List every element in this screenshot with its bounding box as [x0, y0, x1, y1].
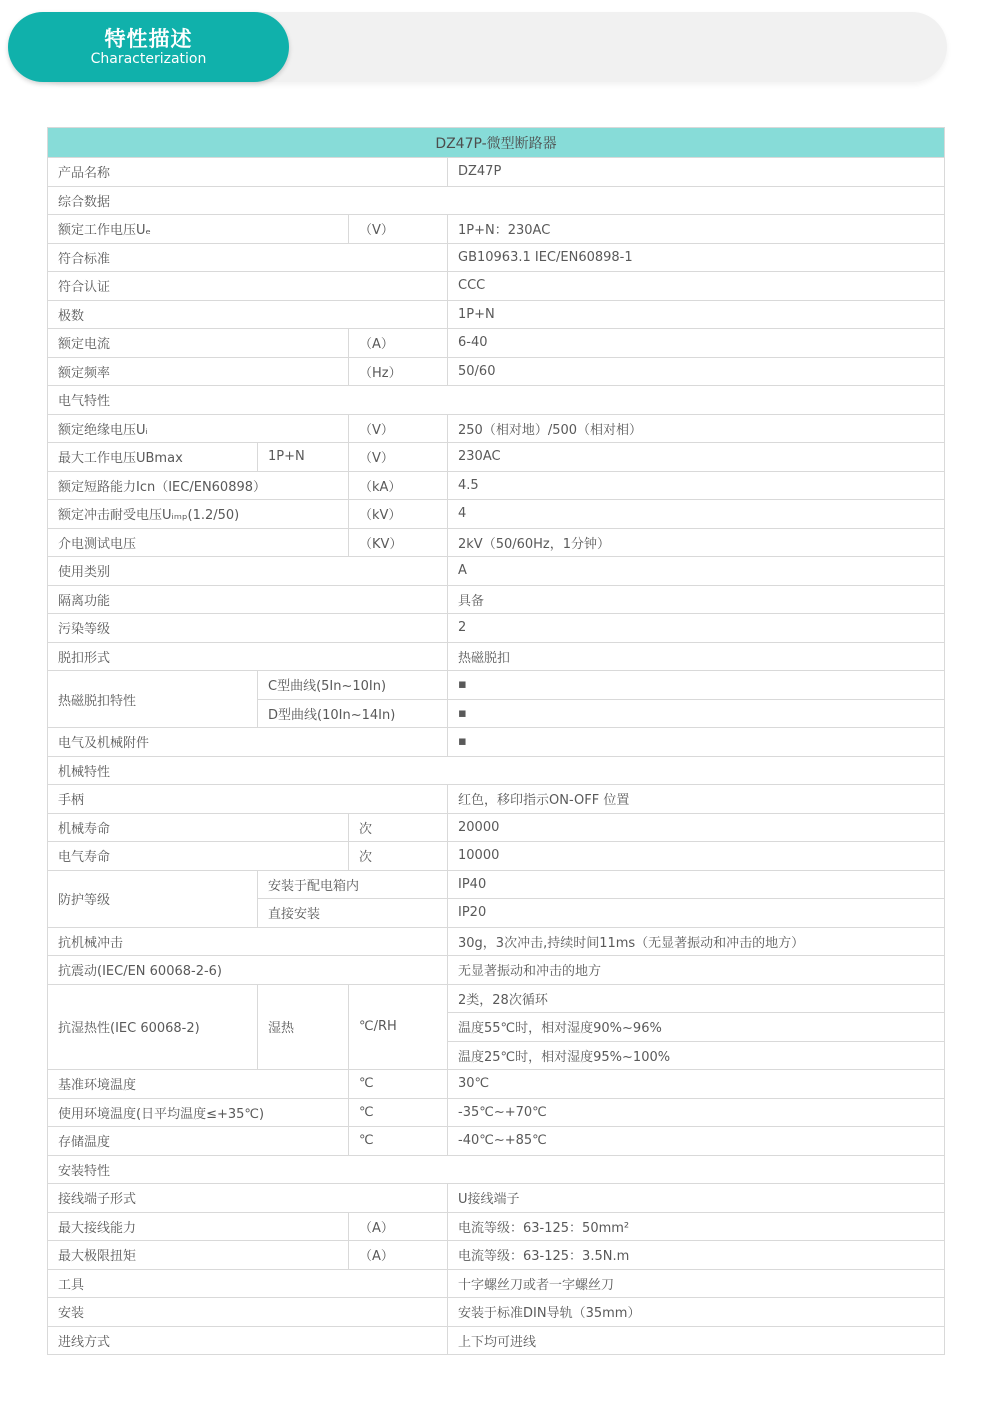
table-row: 防护等级安装于配电箱内IP40 [48, 870, 945, 899]
spec-value-cell: -35℃~+70℃ [448, 1098, 945, 1127]
spec-value-cell: 无显著振动和冲击的地方 [448, 956, 945, 985]
spec-value-cell: （A） [349, 1212, 448, 1241]
spec-value-cell: （Hz） [349, 357, 448, 386]
spec-table-body: 产品名称DZ47P综合数据额定工作电压Uₑ（V）1P+N：230AC符合标准GB… [48, 158, 945, 1355]
spec-label-cell: 防护等级 [48, 870, 258, 927]
spec-value-cell: （A） [349, 1241, 448, 1270]
spec-value-cell: ℃ [349, 1098, 448, 1127]
table-row: 额定冲击耐受电压Uᵢₘₚ(1.2/50)（kV）4 [48, 500, 945, 529]
spec-value-cell: （V） [349, 414, 448, 443]
table-row: 安装特性 [48, 1155, 945, 1184]
table-row: 电气特性 [48, 386, 945, 415]
table-title: DZ47P-微型断路器 [48, 128, 945, 158]
spec-value-cell: ℃/RH [349, 984, 448, 1070]
table-row: 使用环境温度(日平均温度≤+35℃)℃-35℃~+70℃ [48, 1098, 945, 1127]
spec-label-cell: 电气及机械附件 [48, 728, 448, 757]
table-row: 电气及机械附件▪ [48, 728, 945, 757]
table-row: 极数1P+N [48, 300, 945, 329]
spec-label-cell: 额定工作电压Uₑ [48, 215, 349, 244]
spec-value-cell: （V） [349, 443, 448, 472]
spec-value-cell: IP20 [448, 899, 945, 928]
table-row: 污染等级2 [48, 614, 945, 643]
spec-label-cell: 最大接线能力 [48, 1212, 349, 1241]
table-row: 综合数据 [48, 186, 945, 215]
table-row: 存储温度℃-40℃~+85℃ [48, 1127, 945, 1156]
spec-label-cell: 基准环境温度 [48, 1070, 349, 1099]
spec-value-cell: 6-40 [448, 329, 945, 358]
table-row: 额定电流（A）6-40 [48, 329, 945, 358]
spec-label-cell: 额定绝缘电压Uᵢ [48, 414, 349, 443]
spec-label-cell: 直接安装 [258, 899, 448, 928]
table-row: 热磁脱扣特性C型曲线(5In~10In)▪ [48, 671, 945, 700]
badge-title-zh: 特性描述 [105, 27, 193, 51]
spec-value-cell: ▪ [448, 671, 945, 700]
spec-value-cell: 具备 [448, 585, 945, 614]
spec-label-cell: 介电测试电压 [48, 528, 349, 557]
table-row: 进线方式上下均可进线 [48, 1326, 945, 1355]
spec-label-cell: 极数 [48, 300, 448, 329]
spec-value-cell: 250（相对地）/500（相对相） [448, 414, 945, 443]
spec-label-cell: 产品名称 [48, 158, 448, 187]
spec-value-cell: （A） [349, 329, 448, 358]
table-row: 隔离功能具备 [48, 585, 945, 614]
spec-label-cell: 进线方式 [48, 1326, 448, 1355]
section-header-cell: 安装特性 [48, 1155, 945, 1184]
table-row: 额定频率（Hz）50/60 [48, 357, 945, 386]
table-row: 符合标准GB10963.1 IEC/EN60898-1 [48, 243, 945, 272]
spec-value-cell: 安装于标准DIN导轨（35mm） [448, 1298, 945, 1327]
spec-value-cell: （kA） [349, 471, 448, 500]
spec-value-cell: 30g，3次冲击,持续时间11ms（无显著振动和冲击的地方） [448, 927, 945, 956]
spec-value-cell: 湿热 [258, 984, 349, 1070]
table-row: 最大工作电压UBmax1P+N（V）230AC [48, 443, 945, 472]
spec-value-cell: 红色，移印指示ON-OFF 位置 [448, 785, 945, 814]
table-row: 基准环境温度℃30℃ [48, 1070, 945, 1099]
table-row: 符合认证CCC [48, 272, 945, 301]
spec-label-cell: 额定短路能力Icn（IEC/EN60898） [48, 471, 349, 500]
spec-value-cell: 1P+N [448, 300, 945, 329]
spec-value-cell: 30℃ [448, 1070, 945, 1099]
spec-value-cell: 上下均可进线 [448, 1326, 945, 1355]
table-row: 额定绝缘电压Uᵢ（V）250（相对地）/500（相对相） [48, 414, 945, 443]
characterization-badge: 特性描述 Characterization [8, 12, 289, 82]
table-row: 工具十字螺丝刀或者一字螺丝刀 [48, 1269, 945, 1298]
spec-label-cell: 使用环境温度(日平均温度≤+35℃) [48, 1098, 349, 1127]
section-header-cell: 综合数据 [48, 186, 945, 215]
spec-label-cell: 抗震动(IEC/EN 60068-2-6) [48, 956, 448, 985]
spec-value-cell: 十字螺丝刀或者一字螺丝刀 [448, 1269, 945, 1298]
spec-value-cell: 2 [448, 614, 945, 643]
spec-value-cell: 次 [349, 813, 448, 842]
spec-value-cell: 1P+N [258, 443, 349, 472]
spec-label-cell: 存储温度 [48, 1127, 349, 1156]
section-header-cell: 机械特性 [48, 756, 945, 785]
table-row: 最大接线能力（A）电流等级：63-125：50mm² [48, 1212, 945, 1241]
table-row: 手柄红色，移印指示ON-OFF 位置 [48, 785, 945, 814]
spec-value-cell: （kV） [349, 500, 448, 529]
spec-label-cell: 接线端子形式 [48, 1184, 448, 1213]
section-header-cell: 电气特性 [48, 386, 945, 415]
spec-value-cell: -40℃~+85℃ [448, 1127, 945, 1156]
spec-value-cell: IP40 [448, 870, 945, 899]
table-row: 产品名称DZ47P [48, 158, 945, 187]
spec-label-cell: 额定频率 [48, 357, 349, 386]
spec-value-cell: 2kV（50/60Hz，1分钟） [448, 528, 945, 557]
table-title-row: DZ47P-微型断路器 [48, 128, 945, 158]
spec-label-cell: 抗机械冲击 [48, 927, 448, 956]
spec-value-cell: 2类，28次循环 [448, 984, 945, 1013]
spec-value-cell: 4.5 [448, 471, 945, 500]
spec-label-cell: 最大工作电压UBmax [48, 443, 258, 472]
spec-label-cell: 电气寿命 [48, 842, 349, 871]
table-row: 抗震动(IEC/EN 60068-2-6)无显著振动和冲击的地方 [48, 956, 945, 985]
spec-label-cell: 污染等级 [48, 614, 448, 643]
spec-label-cell: 脱扣形式 [48, 642, 448, 671]
table-row: 额定工作电压Uₑ（V）1P+N：230AC [48, 215, 945, 244]
spec-label-cell: 温度25℃时，相对湿度95%~100% [448, 1041, 945, 1070]
table-row: 介电测试电压（KV）2kV（50/60Hz，1分钟） [48, 528, 945, 557]
spec-value-cell: GB10963.1 IEC/EN60898-1 [448, 243, 945, 272]
spec-label-cell: 机械寿命 [48, 813, 349, 842]
table-row: 机械特性 [48, 756, 945, 785]
spec-value-cell: 电流等级：63-125：3.5N.m [448, 1241, 945, 1270]
table-row: 抗湿热性(IEC 60068-2)湿热℃/RH2类，28次循环 [48, 984, 945, 1013]
spec-label-cell: 额定电流 [48, 329, 349, 358]
spec-label-cell: 热磁脱扣特性 [48, 671, 258, 728]
spec-value-cell: 次 [349, 842, 448, 871]
spec-value-cell: 安装于配电箱内 [258, 870, 448, 899]
table-row: 最大极限扭矩（A）电流等级：63-125：3.5N.m [48, 1241, 945, 1270]
spec-value-cell: （KV） [349, 528, 448, 557]
spec-value-cell: （V） [349, 215, 448, 244]
spec-label-cell: 最大极限扭矩 [48, 1241, 349, 1270]
table-row: 接线端子形式U接线端子 [48, 1184, 945, 1213]
spec-value-cell: DZ47P [448, 158, 945, 187]
spec-label-cell: 使用类别 [48, 557, 448, 586]
spec-label-cell: D型曲线(10In~14In) [258, 699, 448, 728]
spec-label-cell: 工具 [48, 1269, 448, 1298]
spec-value-cell: 20000 [448, 813, 945, 842]
spec-value-cell: 230AC [448, 443, 945, 472]
table-row: 脱扣形式热磁脱扣 [48, 642, 945, 671]
spec-value-cell: 4 [448, 500, 945, 529]
spec-label-cell: 隔离功能 [48, 585, 448, 614]
table-row: 使用类别A [48, 557, 945, 586]
spec-value-cell: CCC [448, 272, 945, 301]
table-row: 安装安装于标准DIN导轨（35mm） [48, 1298, 945, 1327]
spec-label-cell: 安装 [48, 1298, 448, 1327]
spec-label-cell: 符合认证 [48, 272, 448, 301]
table-row: 额定短路能力Icn（IEC/EN60898）（kA）4.5 [48, 471, 945, 500]
spec-label-cell: 符合标准 [48, 243, 448, 272]
spec-value-cell: 热磁脱扣 [448, 642, 945, 671]
spec-table: DZ47P-微型断路器 产品名称DZ47P综合数据额定工作电压Uₑ（V）1P+N… [47, 127, 945, 1355]
badge-title-en: Characterization [91, 51, 207, 68]
spec-value-cell: U接线端子 [448, 1184, 945, 1213]
spec-value-cell: A [448, 557, 945, 586]
spec-label-cell: 手柄 [48, 785, 448, 814]
spec-value-cell: 电流等级：63-125：50mm² [448, 1212, 945, 1241]
spec-label-cell: 抗湿热性(IEC 60068-2) [48, 984, 258, 1070]
spec-label-cell: 温度55℃时，相对湿度90%~96% [448, 1013, 945, 1042]
spec-value-cell: C型曲线(5In~10In) [258, 671, 448, 700]
spec-value-cell: 1P+N：230AC [448, 215, 945, 244]
table-row: 电气寿命次10000 [48, 842, 945, 871]
spec-value-cell: ▪ [448, 728, 945, 757]
page-header: 特性描述 Characterization [0, 0, 990, 127]
spec-value-cell: ▪ [448, 699, 945, 728]
spec-value-cell: 50/60 [448, 357, 945, 386]
table-row: 抗机械冲击30g，3次冲击,持续时间11ms（无显著振动和冲击的地方） [48, 927, 945, 956]
table-row: 机械寿命次20000 [48, 813, 945, 842]
spec-label-cell: 额定冲击耐受电压Uᵢₘₚ(1.2/50) [48, 500, 349, 529]
spec-value-cell: 10000 [448, 842, 945, 871]
spec-value-cell: ℃ [349, 1070, 448, 1099]
spec-value-cell: ℃ [349, 1127, 448, 1156]
